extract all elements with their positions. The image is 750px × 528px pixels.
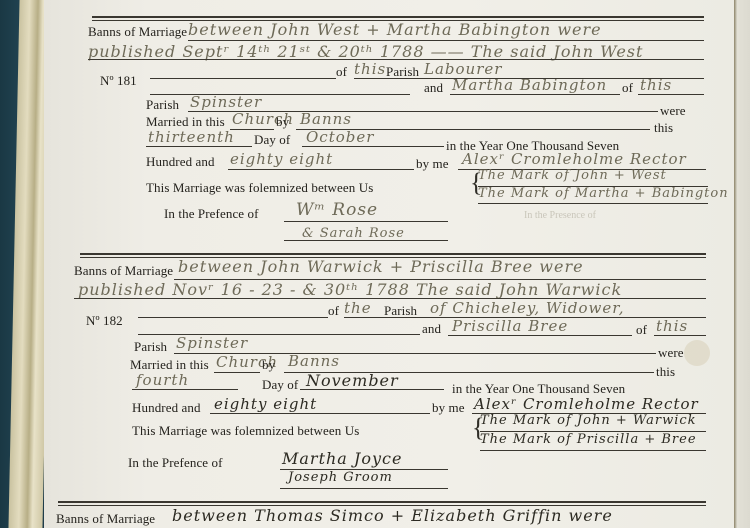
line <box>210 413 430 414</box>
month: November <box>306 371 399 390</box>
line <box>654 335 706 336</box>
line <box>150 78 336 79</box>
day: fourth <box>136 371 189 389</box>
top-rule <box>92 16 704 18</box>
line <box>478 203 708 204</box>
separator-rule <box>80 253 706 255</box>
bride-name: Priscilla Bree <box>452 317 568 335</box>
line <box>228 169 414 170</box>
banns-line-1: between John Warwick + Priscilla Bree we… <box>178 257 584 276</box>
groom-occupation: of Chicheley, Widower, <box>430 299 625 317</box>
line <box>138 317 328 318</box>
line <box>284 221 448 222</box>
bride-status: Spinster <box>190 93 262 111</box>
by-label: by <box>262 357 275 373</box>
witness-1: Wᵐ Rose <box>296 200 378 220</box>
officiant: Alexʳ Cromleholme Rector <box>462 150 687 168</box>
witness-1: Martha Joyce <box>282 449 402 468</box>
line <box>188 40 704 41</box>
year-words: eighty eight <box>230 150 333 168</box>
line <box>146 146 252 147</box>
banns-line-1: between John West + Martha Babington wer… <box>188 20 602 39</box>
banns-label: Banns of Marriage <box>56 511 155 527</box>
by-label: by <box>276 114 289 130</box>
of-label: of <box>328 303 339 319</box>
entry-number: Nº 181 <box>100 73 137 89</box>
line <box>88 59 704 60</box>
of-label: of <box>336 64 347 80</box>
line <box>300 389 444 390</box>
by-me-label: by me <box>432 400 465 416</box>
married-by: Banns <box>288 352 340 370</box>
paper-stain <box>684 340 710 366</box>
bleed-through-text: In the Presence of <box>524 210 596 221</box>
line <box>480 450 706 451</box>
of-label: of <box>622 80 633 96</box>
bride-parish: this <box>656 317 688 335</box>
year-words: eighty eight <box>214 395 317 413</box>
day-of-label: Day of <box>254 132 290 148</box>
line <box>638 94 704 95</box>
bride-parish: this <box>640 76 672 94</box>
presence-label: In the Prefence of <box>128 455 223 471</box>
of-label: of <box>636 322 647 338</box>
witness-2: Joseph Groom <box>288 470 393 485</box>
line <box>284 240 448 241</box>
parish-label: Parish <box>134 339 167 355</box>
line <box>302 146 444 147</box>
were-label: were <box>658 345 684 361</box>
presence-label: In the Prefence of <box>164 206 259 222</box>
and-label: and <box>424 80 443 96</box>
were-label: were <box>660 103 686 119</box>
witness-2: & Sarah Rose <box>302 226 405 241</box>
entry-number: Nº 182 <box>86 313 123 329</box>
adjacent-page-edge <box>734 0 750 528</box>
banns-line-2: published Novʳ 16 - 23 - & 30ᵗʰ 1788 The… <box>78 280 622 299</box>
and-label: and <box>422 321 441 337</box>
groom-mark: The Mark of John + Warwick <box>480 413 697 428</box>
banns-line-1: between Thomas Simco + Elizabeth Griffin… <box>172 506 613 525</box>
bride-name: Martha Babington <box>452 76 607 94</box>
bride-mark: The Mark of Martha + Babington <box>478 186 729 201</box>
officiant: Alexʳ Cromleholme Rector <box>474 395 699 413</box>
day-of-label: Day of <box>262 377 298 393</box>
solemnized-label: This Marriage was folemnized between Us <box>132 423 359 439</box>
groom-parish: the <box>344 299 372 317</box>
bride-status: Spinster <box>176 334 248 352</box>
this-label: this <box>656 364 675 380</box>
line <box>214 372 260 373</box>
hundred-and-label: Hundred and <box>132 400 201 416</box>
line <box>150 94 410 95</box>
line <box>450 94 620 95</box>
month: October <box>306 128 374 146</box>
by-me-label: by me <box>416 156 449 172</box>
this-label: this <box>654 120 673 136</box>
line <box>280 488 448 489</box>
register-page: Banns of Marriage between John West + Ma… <box>44 0 734 528</box>
line <box>132 389 238 390</box>
separator-rule <box>58 501 706 503</box>
line <box>230 129 274 130</box>
day: thirteenth <box>148 128 235 146</box>
banns-label: Banns of Marriage <box>74 263 173 279</box>
solemnized-label: This Marriage was folemnized between Us <box>146 180 373 196</box>
groom-mark: The Mark of John + West <box>478 168 667 183</box>
married-by: Banns <box>300 110 352 128</box>
bride-mark: The Mark of Priscilla + Bree <box>480 432 697 447</box>
line <box>448 335 632 336</box>
parish-label: Parish <box>146 97 179 113</box>
banns-label: Banns of Marriage <box>88 24 187 40</box>
hundred-and-label: Hundred and <box>146 154 215 170</box>
groom-parish: this <box>354 60 386 78</box>
